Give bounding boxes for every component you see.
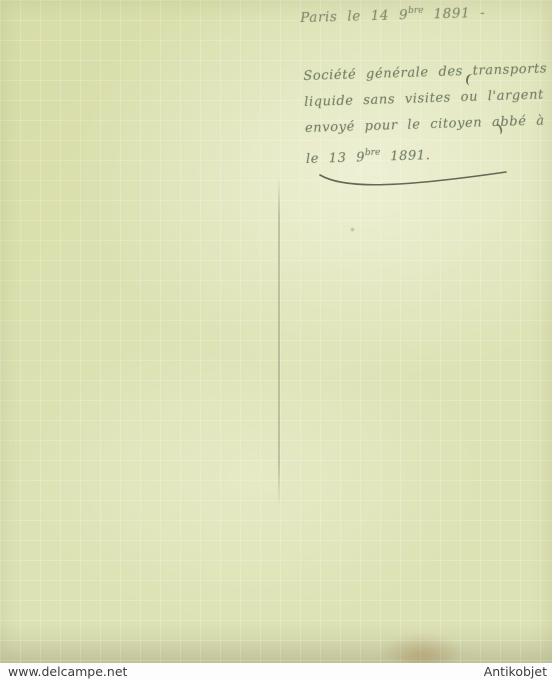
closing-prefix: le 13 9: [306, 150, 366, 167]
foxing-spot: [350, 227, 355, 232]
watermark-left: www.delcampe.net: [0, 664, 127, 679]
signature-flourish: [314, 166, 514, 192]
handwritten-note: Société générale des transports en liqui…: [303, 55, 552, 173]
fold-crease: [278, 176, 280, 508]
bottom-smudge: [378, 634, 466, 664]
closing-suffix: 1891.: [380, 148, 430, 165]
watermark-strip: www.delcampe.net Antikobjet: [0, 663, 552, 680]
watermark-right: Antikobjet: [484, 664, 552, 679]
closing-superscript: bre: [365, 148, 381, 158]
date-superscript: bre: [408, 6, 424, 16]
date-suffix: 1891 -: [423, 5, 485, 23]
date-prefix: Paris le 14 9: [300, 7, 408, 26]
scanned-letter: Paris le 14 9bre 1891 - Société générale…: [0, 0, 552, 680]
